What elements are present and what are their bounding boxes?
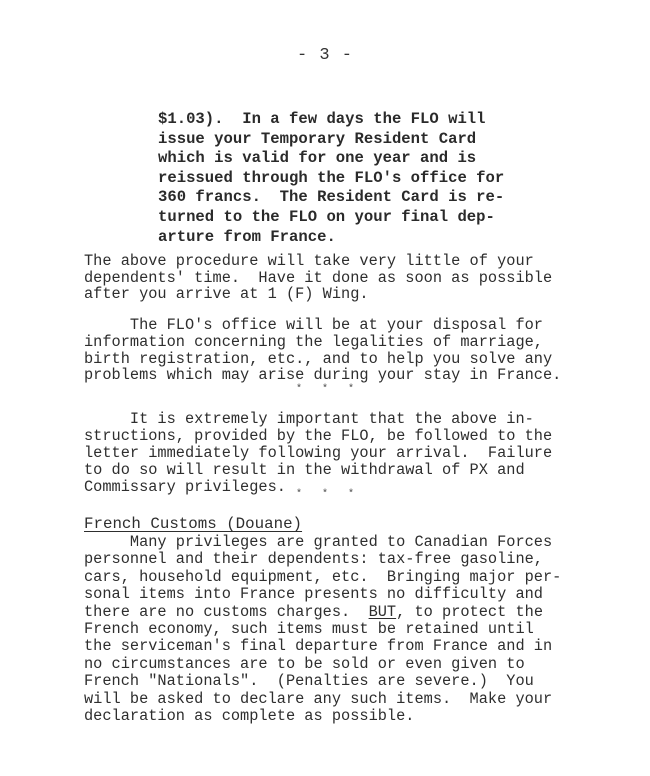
section-separator: * * * — [0, 384, 650, 395]
text-line: sonal items into France presents no diff… — [84, 585, 543, 603]
paragraph-procedure-time: The above procedure will take very littl… — [84, 253, 552, 303]
text-line: there are no customs charges. — [84, 603, 369, 621]
text-line: declaration as complete as possible. — [84, 707, 414, 725]
text-line: cars, household equipment, etc. Bringing… — [84, 568, 561, 586]
text-line: personnel and their dependents: tax-free… — [84, 550, 543, 568]
text-line: Many privileges are granted to Canadian … — [84, 533, 552, 551]
text-line: French economy, such items must be retai… — [84, 620, 534, 638]
text-line: no circumstances are to be sold or even … — [84, 655, 525, 673]
paragraph-customs-privileges: Many privileges are granted to Canadian … — [84, 534, 561, 725]
section-heading-french-customs: French Customs (Douane) — [84, 515, 302, 533]
emphasis-but: BUT — [369, 603, 397, 621]
paragraph-important-instructions: It is extremely important that the above… — [84, 411, 552, 496]
page-number: - 3 - — [0, 46, 650, 65]
paragraph-flo-office: The FLO's office will be at your disposa… — [84, 317, 561, 384]
paragraph-resident-card: $1.03). In a few days the FLO will issue… — [158, 110, 504, 247]
text-line-tail: , to protect the — [396, 603, 543, 621]
text-line: will be asked to declare any such items.… — [84, 690, 552, 708]
text-line: French "Nationals". (Penalties are sever… — [84, 672, 534, 690]
section-separator: * * * — [0, 489, 650, 500]
text-line: the serviceman's final departure from Fr… — [84, 637, 552, 655]
